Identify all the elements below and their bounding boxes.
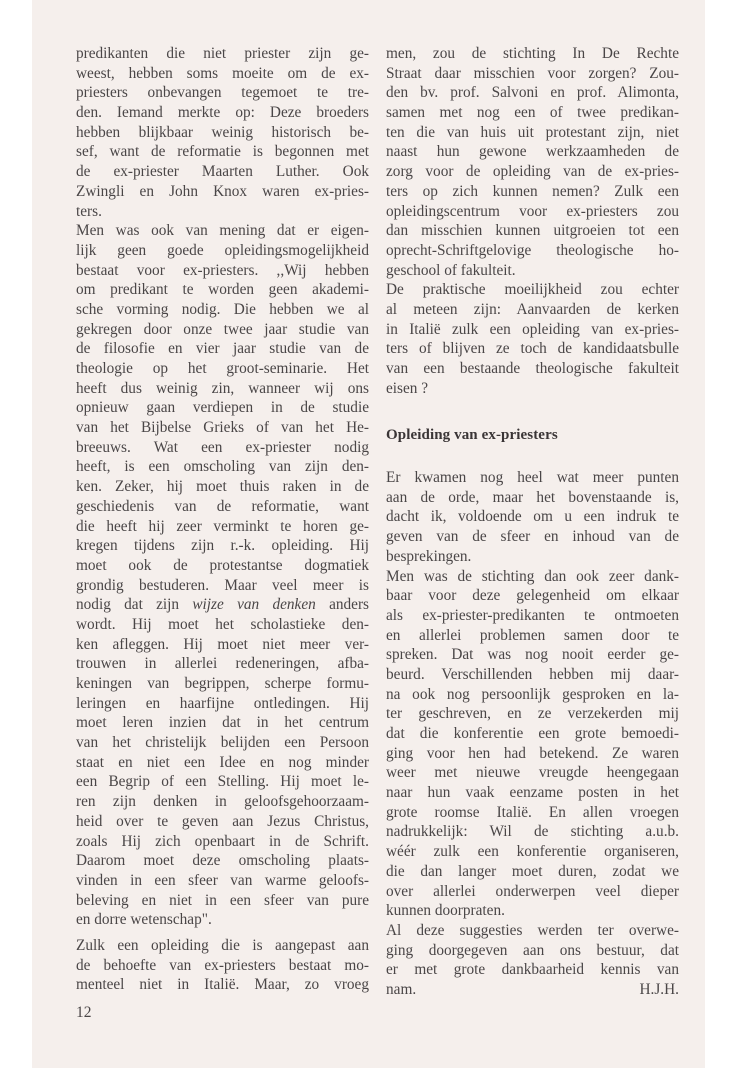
text-line: in Italië zulk een opleiding van ex-prie…: [386, 320, 679, 340]
paragraph: Al deze suggesties werden ter overwe- gi…: [386, 921, 679, 1000]
text-line: ken afleggen. Hij moet niet meer ver-: [76, 635, 369, 655]
text-line: weest, hebben soms moeite om de ex-: [76, 64, 369, 84]
text-line: priesters onbevangen tegemoet te tre-: [76, 83, 369, 103]
signoff-row: nam. H.J.H.: [386, 980, 679, 1000]
text-line: den. Iemand merkte op: Deze broeders: [76, 103, 369, 123]
text-line: den bv. prof. Salvoni en prof. Alimonta,: [386, 83, 679, 103]
text-line: ten die van huis uit protestant zijn, ni…: [386, 123, 679, 143]
text-line: wordt. Hij moet het scholastieke den-: [76, 615, 369, 635]
text-line: heeft dus weinig zin, wanneer wij ons: [76, 379, 369, 399]
paragraph: Men was ook van mening dat er eigen- lij…: [76, 221, 369, 930]
text-line: theologie op het groot-seminarie. Het: [76, 359, 369, 379]
text-line: geschool of fakulteit.: [386, 261, 679, 281]
text-line: Er kwamen nog heel wat meer punten: [386, 468, 679, 488]
text-line: menteel niet in Italië. Maar, zo vroeg: [76, 975, 369, 995]
text-line: Men was de stichting dan ook zeer dank-: [386, 567, 679, 587]
text-line: van het Bijbelse Grieks of van het He-: [76, 418, 369, 438]
text-line: Straat daar misschien voor zorgen? Zou-: [386, 64, 679, 84]
text-line: moet leren inzien dat in het centrum: [76, 713, 369, 733]
text-line: breeuws. Wat een ex-priester nodig: [76, 438, 369, 458]
left-column: predikanten die niet priester zijn ge- w…: [76, 44, 369, 995]
text-line: staat en niet een Idee en nog minder: [76, 753, 369, 773]
text-line: sef, want de reformatie is begonnen met: [76, 142, 369, 162]
text-line: men, zou de stichting In De Rechte: [386, 44, 679, 64]
text-line: oprecht-Schriftgelovige theologische ho-: [386, 241, 679, 261]
text-line: gekregen door onze twee jaar studie van: [76, 320, 369, 340]
section-heading: Opleiding van ex-priesters: [386, 426, 679, 446]
text-line: hebben blijkbaar weinig historisch be-: [76, 123, 369, 143]
paragraph: Men was de stichting dan ook zeer dank- …: [386, 567, 679, 921]
text-line-with-emphasis: nodig dat zijn wijze van denken anders: [76, 595, 369, 615]
text-line: over allerlei onderwerpen veel dieper: [386, 882, 679, 902]
text-line: ken. Zeker, hij moet thuis raken in de: [76, 477, 369, 497]
text-line: die heeft hij zeer verminkt te horen ge-: [76, 517, 369, 537]
text-line: ters op zich kunnen nemen? Zulk een: [386, 182, 679, 202]
text-line: beleving en niet in een sfeer van pure: [76, 891, 369, 911]
paragraph: Er kwamen nog heel wat meer punten aan d…: [386, 468, 679, 566]
author-signature: H.J.H.: [639, 980, 679, 1000]
text-line: Zwingli en John Knox waren ex-pries-: [76, 182, 369, 202]
text-line: dat die konferentie een grote bemoedi-: [386, 724, 679, 744]
text-line: nadrukkelijk: Wil de stichting a.u.b.: [386, 822, 679, 842]
text-line: weer met nieuwe vreugde heengegaan: [386, 763, 679, 783]
text-line: geschiedenis van de reformatie, want: [76, 497, 369, 517]
text-line: baar voor deze gelegenheid om elkaar: [386, 586, 679, 606]
emphasized-text: wijze van denken: [192, 596, 315, 613]
paragraph: men, zou de stichting In De Rechte Straa…: [386, 44, 679, 280]
text-line: opleidingscentrum voor ex-priesters zou: [386, 202, 679, 222]
text-line: Al deze suggesties werden ter overwe-: [386, 921, 679, 941]
paragraph: De praktische moeilijkheid zou echter al…: [386, 280, 679, 398]
text-line: sche vorming nodig. Die hebben we al: [76, 300, 369, 320]
text-line: aan de orde, maar het bovenstaande is,: [386, 488, 679, 508]
right-column: men, zou de stichting In De Rechte Straa…: [386, 44, 679, 1000]
text-line: heeft, is een omscholing van zijn den-: [76, 457, 369, 477]
text-line: geven van de sfeer en inhoud van de: [386, 527, 679, 547]
text-line: als ex-priester-predikanten te ontmoeten: [386, 606, 679, 626]
text-line: zoals Hij zich openbaart in de Schrift.: [76, 832, 369, 852]
text-line: Daarom moet deze omscholing plaats-: [76, 851, 369, 871]
text-line: Zulk een opleiding die is aangepast aan: [76, 936, 369, 956]
text-line: ging doorgegeven aan ons bestuur, dat: [386, 941, 679, 961]
text-line: grote roomse Italië. En allen vroegen: [386, 803, 679, 823]
text-line: wéér zulk een konferentie organiseren,: [386, 842, 679, 862]
text-line: beurd. Verschillenden hebben mij daar-: [386, 665, 679, 685]
text-line: ren zijn denken in geloofsgehoorzaam-: [76, 792, 369, 812]
text-line: lijk geen goede opleidingsmogelijkheid: [76, 241, 369, 261]
text-line: er met grote dankbaarheid kennis van: [386, 960, 679, 980]
text-line: Men was ook van mening dat er eigen-: [76, 221, 369, 241]
text-line: naar hun vaak eenzame posten in het: [386, 783, 679, 803]
text-line: keningen van begrippen, scherpe formu-: [76, 674, 369, 694]
text-line: van het christelijk belijden een Persoon: [76, 733, 369, 753]
text-line: van een bestaande theologische fakulteit: [386, 359, 679, 379]
text-line: grondig bestuderen. Maar veel meer is: [76, 576, 369, 596]
text-line: opnieuw gaan verdiepen in de studie: [76, 398, 369, 418]
text-line: dacht ik, voldoende om u een indruk te: [386, 507, 679, 527]
text-line: moet ook de protestantse dogmatiek: [76, 556, 369, 576]
text-line: nam.: [386, 980, 416, 1000]
text-line: leringen en haarfijne ontledingen. Hij: [76, 694, 369, 714]
text-line: een Begrip of een Stelling. Hij moet le-: [76, 772, 369, 792]
text-line: eisen ?: [386, 379, 679, 399]
text-line: al meteen zijn: Aanvaarden de kerken: [386, 300, 679, 320]
text-line: bestaat voor ex-priesters. ,,Wij hebben: [76, 261, 369, 281]
text-line: besprekingen.: [386, 547, 679, 567]
paragraph: predikanten die niet priester zijn ge- w…: [76, 44, 369, 221]
text-line: samen met nog een of twee predikan-: [386, 103, 679, 123]
text-line: ters.: [76, 202, 369, 222]
text-line: en allerlei problemen samen door te: [386, 626, 679, 646]
text-line: kregen tijdens zijn r.-k. opleiding. Hij: [76, 536, 369, 556]
text-line: naast hun gewone werkzaamheden de: [386, 142, 679, 162]
text-line: de behoefte van ex-priesters bestaat mo-: [76, 956, 369, 976]
text-line: De praktische moeilijkheid zou echter: [386, 280, 679, 300]
text-line: de filosofie en vier jaar studie van de: [76, 339, 369, 359]
text-line: zorg voor de opleiding van de ex-pries-: [386, 162, 679, 182]
text-line: die dan langer moet duren, zodat we: [386, 862, 679, 882]
magazine-page: predikanten die niet priester zijn ge- w…: [32, 0, 705, 1068]
text-line: predikanten die niet priester zijn ge-: [76, 44, 369, 64]
text-line: ter geschreven, en ze verzekerden mij: [386, 704, 679, 724]
text-line: om predikant te worden geen akademi-: [76, 280, 369, 300]
text-line: trouwen in allerlei redeneringen, afba-: [76, 654, 369, 674]
text-line: na ook nog persoonlijk gesproken en la-: [386, 685, 679, 705]
text-fragment: nodig dat zijn: [76, 596, 192, 613]
text-line: spreken. Dat was nog nooit eerder ge-: [386, 645, 679, 665]
text-line: ters of blijven ze toch de kandidaatsbul…: [386, 339, 679, 359]
text-line: vinden in een sfeer van warme geloofs-: [76, 871, 369, 891]
text-fragment: anders: [316, 596, 369, 613]
text-line: dan misschien kunnen uitgroeien tot een: [386, 221, 679, 241]
text-line: kunnen doorpraten.: [386, 901, 679, 921]
text-line: en dorre wetenschap".: [76, 910, 369, 930]
text-line: de ex-priester Maarten Luther. Ook: [76, 162, 369, 182]
page-number: 12: [76, 1004, 92, 1022]
paragraph: Zulk een opleiding die is aangepast aan …: [76, 936, 369, 995]
text-line: ging voor hen had betekend. Ze waren: [386, 744, 679, 764]
text-line: heid over te geven aan Jezus Christus,: [76, 812, 369, 832]
